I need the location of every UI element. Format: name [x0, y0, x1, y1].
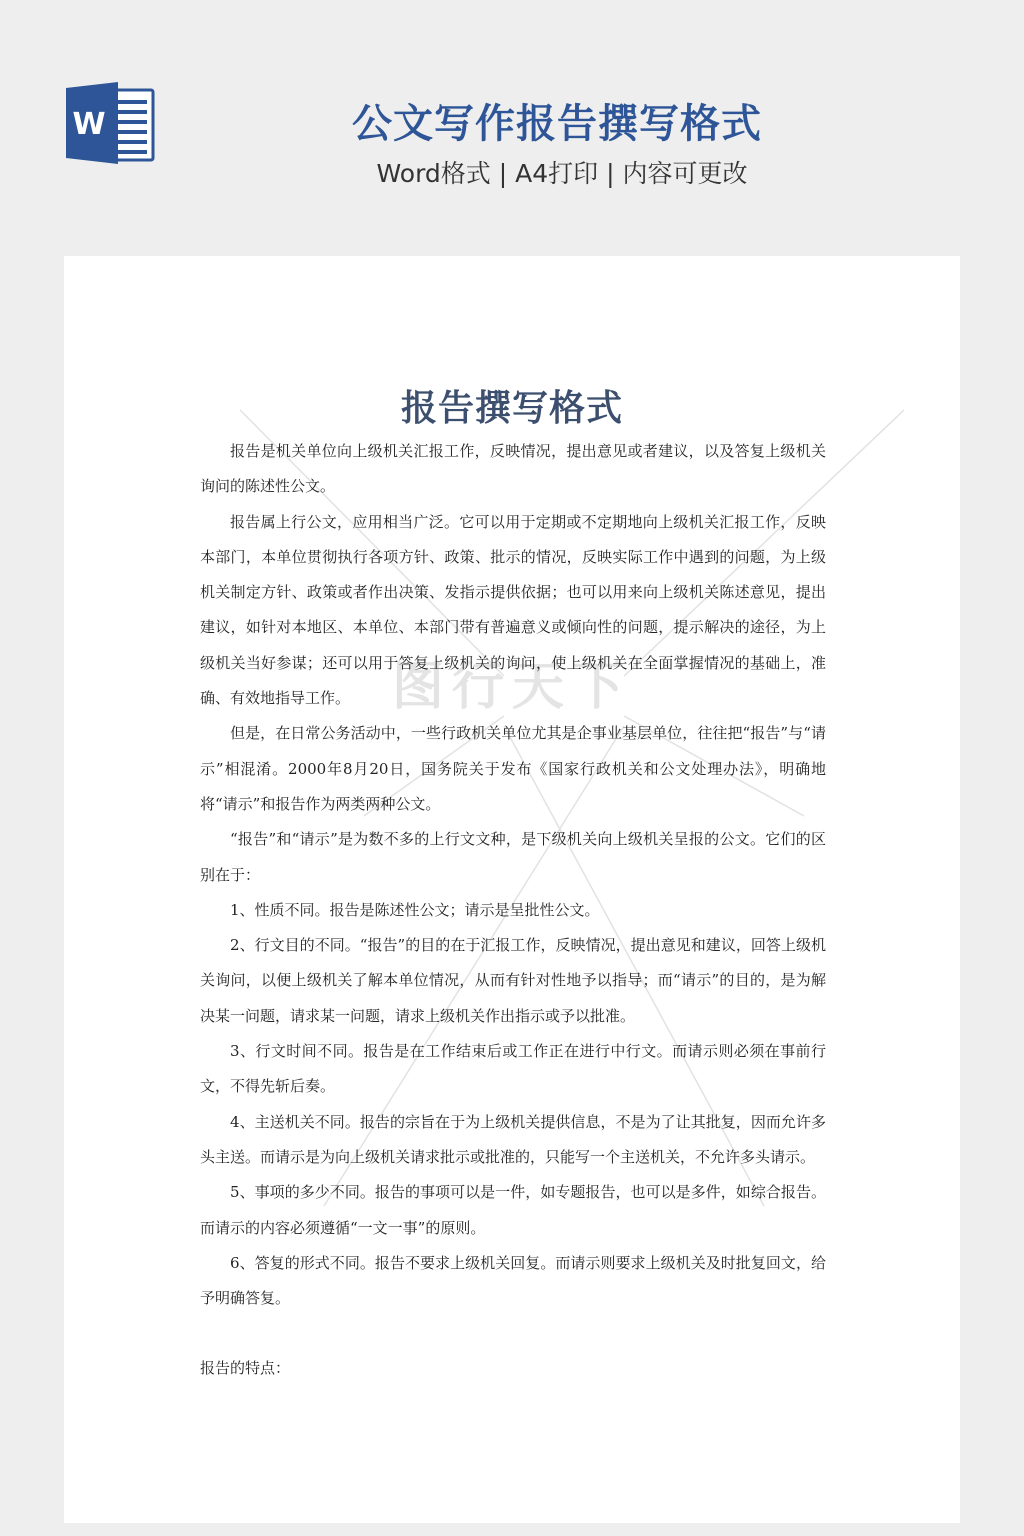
banner-title: 公文写作报告撰写格式 [0, 92, 1024, 149]
paragraph-differences-intro: “报告”和“请示”是为数不多的上行文文种，是下级机关向上级机关呈报的公文。它们的… [200, 822, 826, 893]
document-title: 报告撰写格式 [64, 380, 960, 431]
section-heading: 报告的特点： [200, 1351, 826, 1386]
list-item-reply: 6、答复的形式不同。报告不要求上级机关回复。而请示则要求上级机关及时批复回文，给… [200, 1246, 826, 1317]
blank-line [200, 1316, 826, 1351]
list-item-recipient: 4、主送机关不同。报告的宗旨在于为上级机关提供信息，不是为了让其批复，因而允许多… [200, 1105, 826, 1176]
banner-subtitle: Word格式 | A4打印 | 内容可更改 [0, 154, 1024, 190]
banner-header: W 公文写作报告撰写格式 Word格式 | A4打印 | 内容可更改 [0, 0, 1024, 256]
document-body: 报告是机关单位向上级机关汇报工作，反映情况，提出意见或者建议，以及答复上级机关询… [200, 434, 826, 1387]
document-page: 图行天下 报告撰写格式 报告是机关单位向上级机关汇报工作，反映情况，提出意见或者… [64, 256, 960, 1523]
paragraph-usage: 报告属上行公文，应用相当广泛。它可以用于定期或不定期地向上级机关汇报工作，反映本… [200, 505, 826, 717]
list-item-matters: 5、事项的多少不同。报告的事项可以是一件，如专题报告，也可以是多件，如综合报告。… [200, 1175, 826, 1246]
paragraph-confusion: 但是，在日常公务活动中，一些行政机关单位尤其是企事业基层单位，往往把“报告”与“… [200, 716, 826, 822]
list-item-timing: 3、行文时间不同。报告是在工作结束后或工作正在进行中行文。而请示则必须在事前行文… [200, 1034, 826, 1105]
list-item-purpose: 2、行文目的不同。“报告”的目的在于汇报工作，反映情况，提出意见和建议，回答上级… [200, 928, 826, 1034]
paragraph-definition: 报告是机关单位向上级机关汇报工作，反映情况，提出意见或者建议，以及答复上级机关询… [200, 434, 826, 505]
list-item-nature: 1、性质不同。报告是陈述性公文；请示是呈批性公文。 [200, 893, 826, 928]
